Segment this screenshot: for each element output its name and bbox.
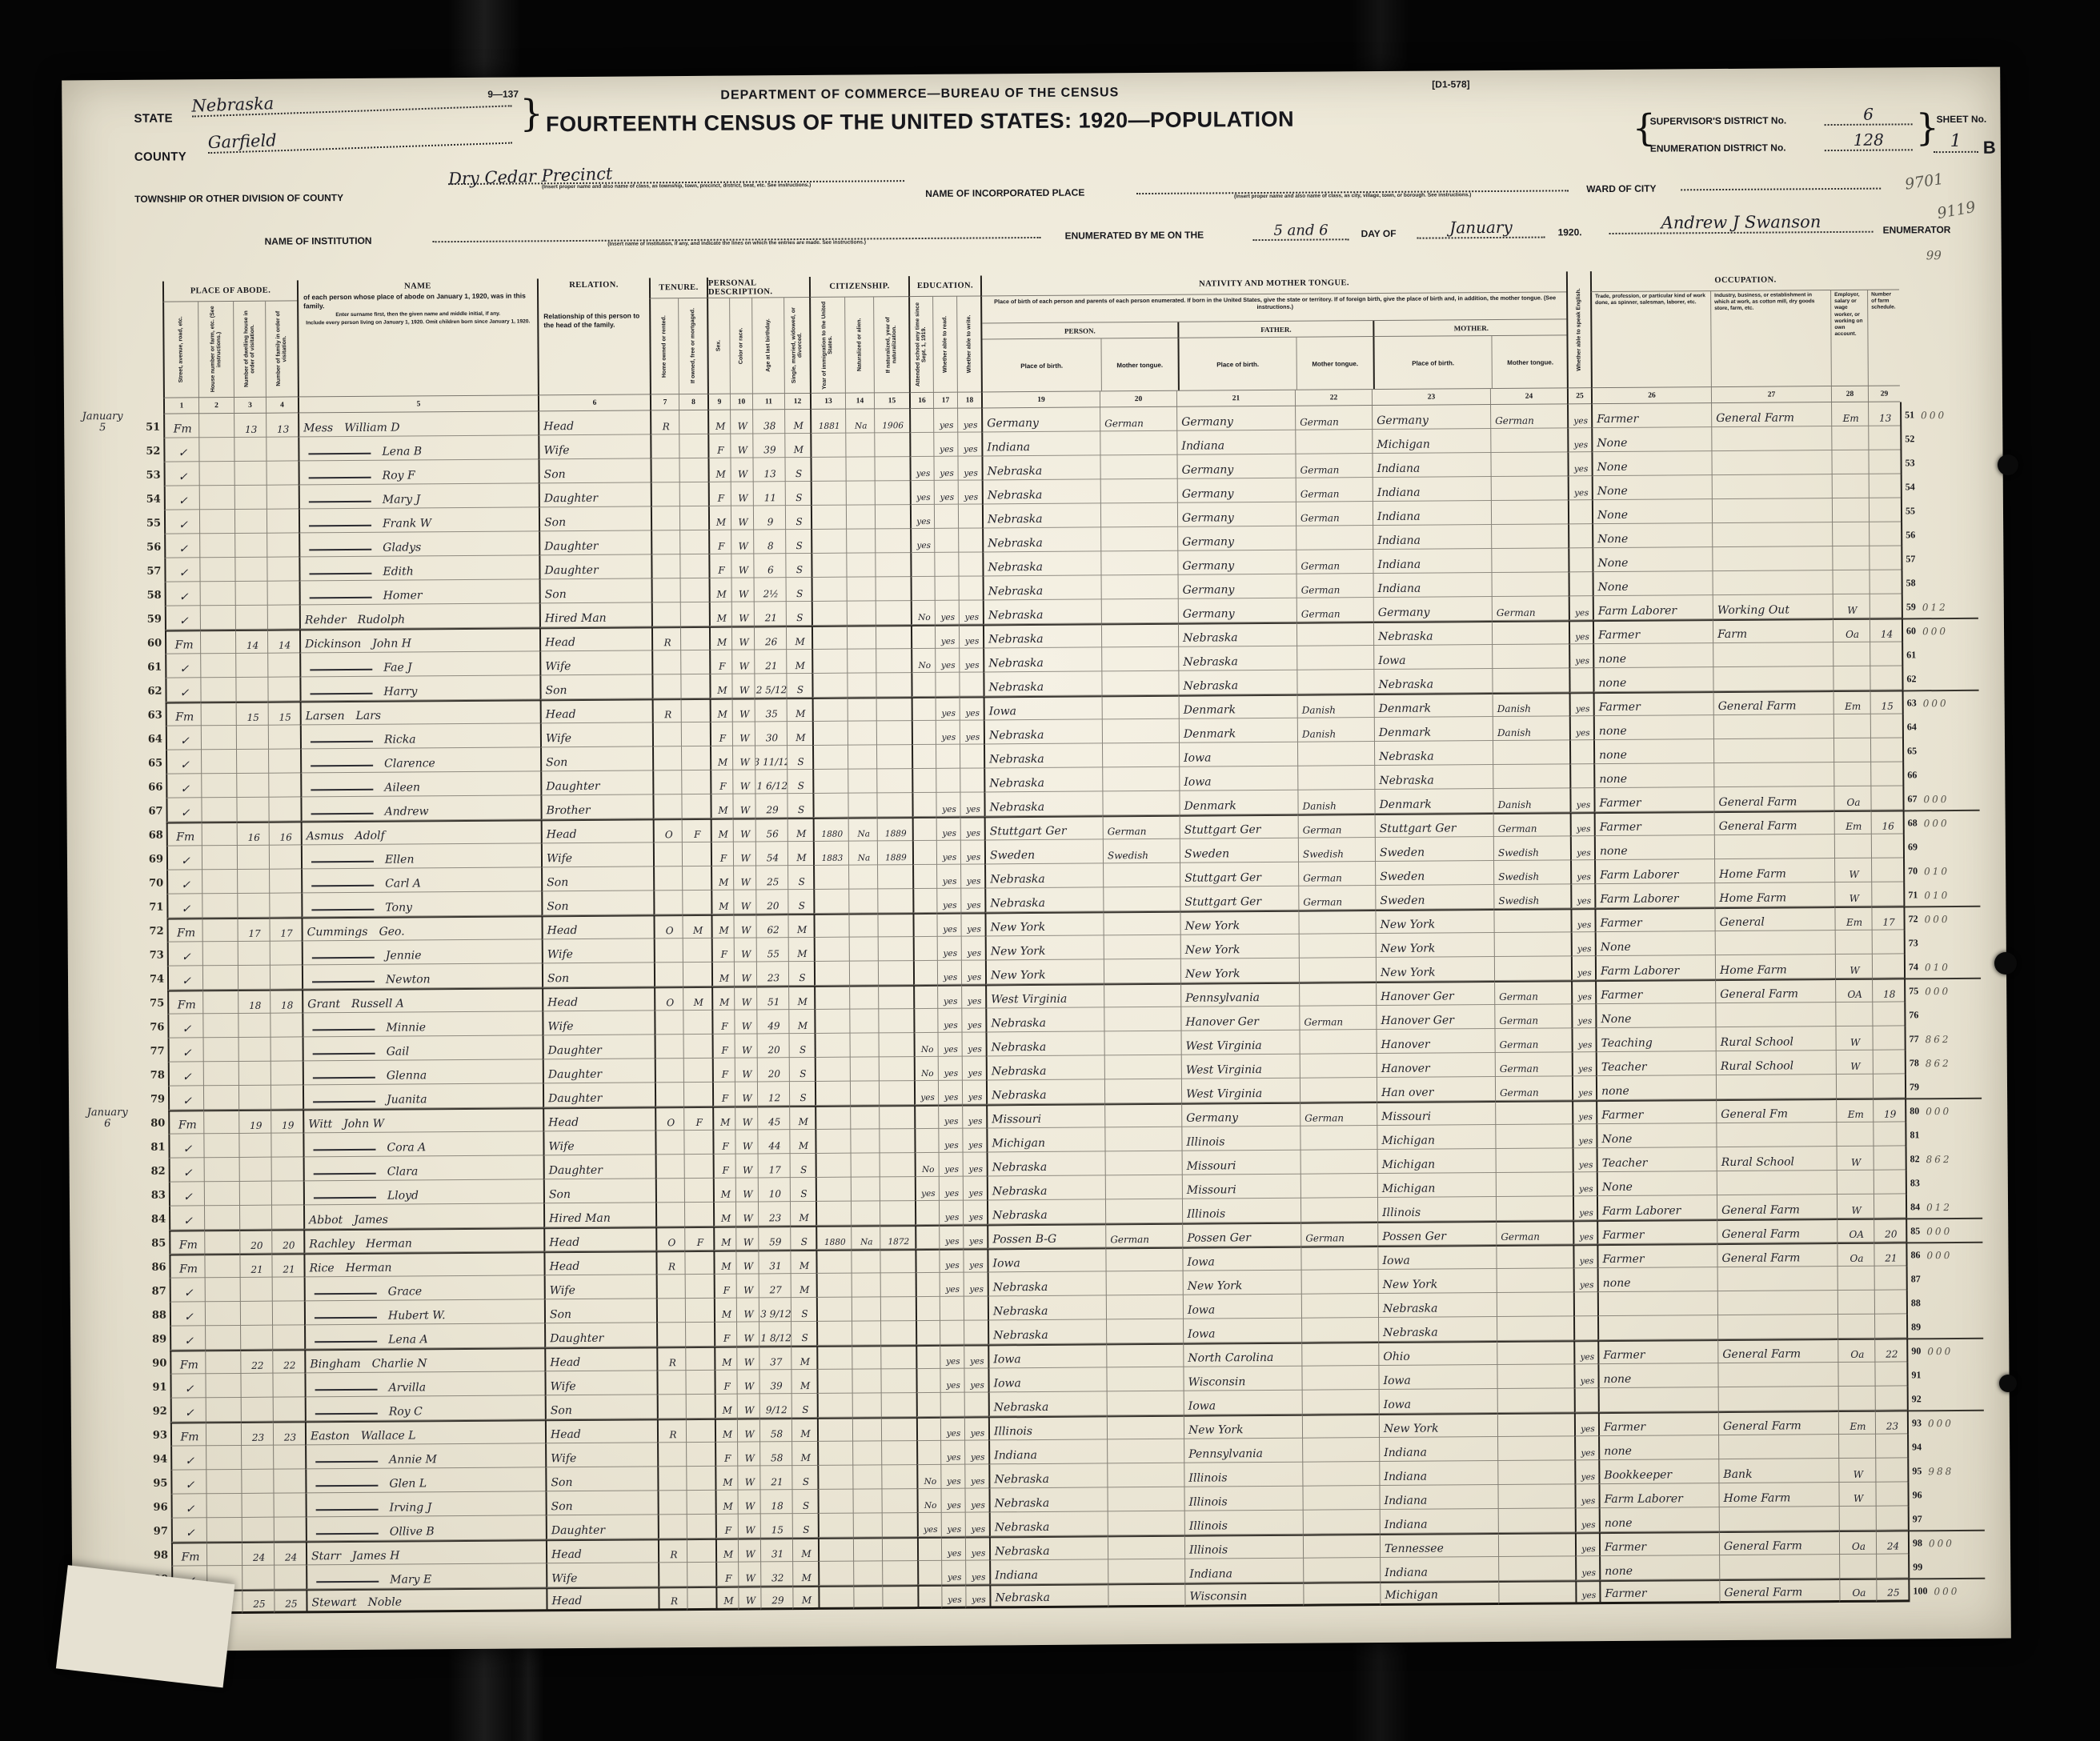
cell-marital: M: [792, 1586, 818, 1610]
cell-age: 12: [757, 1082, 789, 1106]
cell-farm-schedule: [1871, 858, 1903, 882]
cell-person-mother-tongue: [1107, 1415, 1184, 1440]
cell-speaks-english: yes: [1572, 1076, 1596, 1100]
cell-name: Edith: [299, 555, 539, 581]
cell-mother-mother-tongue: German: [1494, 1004, 1571, 1029]
cell-home-owned: [650, 458, 679, 482]
cell-marital: M: [788, 986, 814, 1010]
cell-color: W: [737, 1394, 759, 1418]
cell-able-to-read: yes: [937, 1009, 961, 1033]
cell-mother-mother-tongue: German: [1493, 812, 1570, 837]
given-name: Lena B: [382, 446, 422, 457]
cell-dwelling-number: [240, 1302, 272, 1326]
cell-father-birthplace: Stuttgart Ger: [1180, 887, 1298, 911]
cell-color: W: [733, 914, 755, 938]
cell-color: W: [733, 842, 755, 866]
cell-mother-birthplace: Indiana: [1372, 453, 1490, 478]
cell-home-owned: [652, 770, 681, 794]
paper-fold-corner: [56, 1565, 235, 1687]
cell-color: W: [731, 530, 753, 554]
cell-marital: M: [784, 410, 810, 434]
cell-color: W: [736, 1274, 759, 1298]
cell-dwelling-number: [238, 1038, 271, 1062]
cell-age: 9/12: [759, 1394, 792, 1418]
left-margin: 87: [80, 1279, 170, 1303]
cell-marital: S: [787, 770, 812, 794]
cell-employer-class: [1832, 522, 1869, 546]
census-sheet-page: STATE Nebraska } 9—137 COUNTY Garfield D…: [62, 67, 2011, 1652]
cell-relation: Head: [545, 1419, 657, 1443]
cell-age: 9: [753, 506, 785, 530]
cell-farm-schedule: [1873, 1122, 1905, 1146]
cell-home-owned: R: [655, 1251, 684, 1275]
cell-family-number: [272, 1277, 304, 1301]
cell-sex: F: [707, 434, 730, 458]
cell-industry: [1714, 834, 1834, 859]
cell-age: 54: [755, 842, 787, 866]
cell-naturalized: [850, 1129, 879, 1153]
cell-occupation: None: [1592, 475, 1712, 500]
cell-father-mother-tongue: [1300, 1126, 1377, 1151]
pencil-tally: 012: [1922, 602, 1948, 613]
pencil-tally: 000: [1934, 1586, 1959, 1597]
cell-house-number: [202, 822, 237, 846]
cell-person-birthplace: Nebraska: [988, 1295, 1106, 1320]
cell-free-mortgaged: [679, 458, 707, 482]
cell-able-to-write: yes: [962, 1128, 986, 1152]
cell-person-birthplace: Nebraska: [983, 671, 1101, 696]
right-margin: 96: [1907, 1482, 1984, 1507]
cell-naturalized: [847, 625, 876, 649]
cell-family-number: [271, 1157, 303, 1181]
line-number-left: 93: [153, 1430, 167, 1442]
cell-person-birthplace: Nebraska: [989, 1583, 1108, 1608]
cell-farm-schedule: [1874, 1290, 1906, 1314]
cell-street: Fm: [170, 1350, 205, 1374]
given-name: Glenna: [387, 1070, 427, 1081]
column-number-10: 10: [730, 394, 752, 410]
cell-employer-class: Em: [1838, 1411, 1875, 1435]
cell-home-owned: R: [658, 1587, 687, 1611]
cell-speaks-english: yes: [1569, 644, 1593, 668]
cell-name: Jennie: [302, 939, 542, 965]
cell-house-number: [206, 1494, 242, 1518]
cell-relation: Head: [541, 818, 653, 843]
cell-mother-birthplace: Hanover Ger: [1376, 981, 1494, 1006]
cell-mother-birthplace: New York: [1378, 1269, 1497, 1294]
cell-able-to-write: yes: [958, 480, 982, 504]
cell-industry: General Farm: [1717, 1339, 1837, 1363]
cell-color: W: [730, 434, 752, 458]
cell-immigration-year: [818, 1586, 853, 1610]
cell-name: Fae J: [299, 651, 539, 677]
cell-naturalization-year: [876, 673, 911, 697]
right-margin: 56: [1901, 522, 1978, 546]
cell-age: 20: [755, 890, 787, 914]
cell-naturalization-year: [879, 1129, 914, 1153]
cell-immigration-year: [810, 434, 845, 458]
cell-able-to-write: yes: [957, 408, 981, 432]
visit-date: January5: [74, 411, 131, 434]
line-number-left: 87: [152, 1286, 166, 1298]
cell-able-to-write: yes: [959, 648, 983, 672]
ditto-mark: [313, 1101, 375, 1103]
cell-home-owned: [657, 1491, 686, 1515]
cell-able-to-read: yes: [938, 1081, 962, 1105]
cell-mother-birthplace: Stuttgart Ger: [1375, 813, 1493, 838]
cell-free-mortgaged: [680, 674, 709, 698]
cell-house-number: [199, 510, 234, 534]
cell-farm-schedule: [1869, 498, 1901, 522]
cell-color: W: [738, 1538, 760, 1562]
cell-sex: M: [707, 410, 730, 434]
cell-sex: M: [711, 915, 733, 939]
cell-naturalization-year: [878, 937, 913, 961]
cell-father-birthplace: Germany: [1176, 454, 1295, 479]
cell-able-to-read: yes: [936, 793, 960, 817]
cell-attended-school: [917, 1561, 941, 1585]
cell-naturalization-year: [879, 1081, 914, 1105]
cell-person-birthplace: Nebraska: [985, 1007, 1104, 1032]
cell-sex: M: [715, 1539, 738, 1563]
cell-free-mortgaged: [686, 1395, 715, 1419]
cell-mother-mother-tongue: [1491, 500, 1568, 525]
cell-naturalized: [852, 1273, 880, 1297]
cell-speaks-english: yes: [1569, 788, 1593, 812]
cell-naturalization-year: [876, 625, 911, 649]
surname: Witt: [308, 1119, 332, 1130]
cell-age: 29: [760, 1586, 792, 1610]
left-margin: 96: [82, 1495, 171, 1519]
cell-street: ✓: [167, 942, 202, 966]
left-margin: 73: [78, 943, 167, 967]
cell-occupation: Teacher: [1596, 1051, 1716, 1076]
cell-naturalized: [852, 1489, 881, 1513]
cell-mother-birthplace: Indiana: [1380, 1509, 1498, 1534]
cell-color: W: [732, 746, 755, 770]
column-number-16: 16: [909, 393, 933, 409]
cell-immigration-year: [812, 746, 848, 770]
cell-house-number: [206, 1398, 241, 1422]
cell-dwelling-number: [237, 870, 269, 894]
group-citizenship: CITIZENSHIP.: [809, 276, 908, 298]
cell-age: 3 9/12: [759, 1298, 791, 1322]
cell-mother-birthplace: Iowa: [1378, 1365, 1497, 1390]
column-number-23: 23: [1372, 389, 1490, 406]
line-number-right: 99: [1913, 1561, 1922, 1573]
cell-able-to-write: yes: [960, 840, 984, 864]
cell-home-owned: [655, 1179, 684, 1203]
cell-naturalization-year: [882, 1585, 917, 1609]
cell-able-to-write: [959, 576, 983, 600]
cell-occupation: None: [1592, 523, 1712, 548]
cell-family-number: [266, 437, 298, 461]
cell-able-to-read: yes: [935, 601, 959, 625]
cell-home-owned: O: [655, 1107, 683, 1131]
cell-name: Frank W: [299, 507, 539, 533]
cell-immigration-year: [818, 1538, 853, 1562]
margin-right-header: [1899, 269, 1977, 402]
cell-able-to-read: [936, 745, 960, 769]
cell-mother-mother-tongue: [1493, 764, 1569, 789]
cell-able-to-write: yes: [965, 1512, 989, 1536]
cell-speaks-english: [1573, 1292, 1597, 1316]
cell-house-number: [200, 654, 235, 678]
cell-naturalized: Na: [848, 841, 877, 865]
given-name: Herman: [346, 1263, 392, 1274]
given-name: Frank W: [383, 518, 431, 529]
cell-age: 58: [759, 1418, 792, 1442]
state-label: STATE: [134, 112, 173, 126]
cell-industry: [1717, 1267, 1837, 1291]
cell-house-number: [202, 1014, 238, 1038]
left-margin: 59: [75, 606, 165, 631]
line-number-left: 95: [153, 1478, 167, 1490]
cell-able-to-read: yes: [939, 1225, 963, 1249]
cell-naturalization-year: 1889: [877, 817, 912, 841]
cell-dwelling-number: [238, 1062, 271, 1086]
left-margin: 75: [78, 991, 167, 1015]
cell-naturalized: [853, 1561, 882, 1585]
given-name: Roy F: [383, 470, 415, 481]
pencil-tally: 862: [1926, 1058, 1951, 1069]
surname: Easton: [311, 1431, 350, 1442]
cell-employer-class: [1831, 450, 1868, 474]
cell-able-to-write: [960, 744, 984, 768]
right-margin: 72000: [1903, 906, 1980, 931]
cell-father-birthplace: Indiana: [1176, 430, 1295, 455]
group-place-of-abode: PLACE OF ABODE.: [162, 280, 297, 302]
cell-family-number: [272, 1325, 304, 1349]
column-number-19: 19: [981, 391, 1100, 408]
line-number-right: 62: [1906, 673, 1916, 685]
relation-title: RELATION.: [569, 278, 619, 290]
cell-street: Fm: [166, 822, 202, 846]
cell-age: 32: [760, 1562, 792, 1586]
c17-label: Whether able to read.: [942, 314, 948, 374]
cell-marital: S: [789, 1034, 815, 1058]
cell-home-owned: O: [653, 915, 682, 939]
cell-naturalized: [852, 1369, 880, 1393]
cell-house-number: [200, 582, 235, 606]
cell-relation: Head: [546, 1539, 658, 1563]
cell-mother-birthplace: Indiana: [1373, 525, 1491, 550]
left-margin: 74: [78, 967, 167, 991]
cell-age: 55: [756, 938, 788, 962]
right-margin: 100000: [1908, 1578, 1985, 1603]
cell-employer-class: Em: [1836, 1099, 1873, 1123]
ditto-mark: [311, 765, 373, 767]
cell-home-owned: [655, 1203, 684, 1227]
cell-dwelling-number: [237, 894, 269, 918]
surname: Abbot: [309, 1215, 343, 1226]
ditto-mark: [311, 861, 374, 863]
cell-home-owned: [655, 1155, 684, 1179]
cell-naturalized: [852, 1345, 880, 1369]
cell-family-number: [271, 1037, 303, 1061]
plate-number: [D1-578]: [1432, 78, 1469, 90]
cell-family-number: [270, 965, 302, 989]
left-margin: 69: [77, 846, 166, 871]
cell-color: W: [735, 1154, 758, 1178]
ditto-mark: [311, 789, 373, 791]
given-name: Ricka: [384, 734, 416, 745]
cell-dwelling-number: [237, 846, 269, 870]
cell-mother-birthplace: Michigan: [1377, 1173, 1496, 1198]
cell-marital: M: [790, 1202, 816, 1226]
cell-industry: Home Farm: [1714, 858, 1834, 883]
cell-mother-birthplace: Sweden: [1375, 837, 1493, 862]
cell-marital: S: [785, 482, 811, 506]
cell-dwelling-number: [234, 534, 267, 558]
column-number-5: 5: [298, 395, 538, 413]
cell-naturalized: [848, 697, 876, 721]
cell-employer-class: [1837, 1291, 1874, 1315]
cell-farm-schedule: [1874, 1266, 1906, 1290]
cell-relation: Daughter: [543, 1035, 655, 1059]
cell-naturalization-year: [876, 601, 911, 625]
cell-attended-school: [912, 769, 936, 793]
line-number-left: 69: [149, 854, 163, 866]
cell-able-to-read: yes: [938, 1033, 962, 1057]
cell-able-to-write: yes: [961, 1008, 985, 1032]
cell-able-to-read: yes: [939, 1249, 963, 1273]
left-margin: 76: [78, 1015, 167, 1039]
cell-family-number: 18: [270, 989, 302, 1013]
cell-house-number: [202, 966, 238, 990]
cell-immigration-year: 1880: [816, 1226, 851, 1250]
cell-marital: S: [790, 1226, 816, 1250]
surname: Cummings: [307, 927, 368, 939]
cell-street: Fm: [169, 1230, 204, 1254]
cell-home-owned: [653, 866, 682, 891]
cell-house-number: [201, 726, 236, 750]
cell-naturalization-year: [882, 1561, 917, 1585]
cell-occupation: Farmer: [1594, 907, 1714, 932]
cell-sex: M: [715, 1467, 737, 1491]
cell-attended-school: No: [911, 649, 935, 673]
cell-mother-mother-tongue: [1494, 956, 1571, 981]
given-name: Carl A: [385, 878, 421, 889]
cell-house-number: [201, 750, 236, 774]
cell-sex: F: [712, 1035, 735, 1059]
cell-mother-birthplace: Nebraska: [1378, 1317, 1497, 1342]
given-name: Clara: [387, 1166, 419, 1177]
cell-free-mortgaged: [683, 1059, 712, 1083]
cell-house-number: [202, 990, 238, 1014]
column-number-2: 2: [198, 398, 234, 414]
cell-employer-class: [1837, 1171, 1874, 1195]
column-number-14: 14: [845, 393, 874, 409]
cell-free-mortgaged: [686, 1419, 715, 1443]
column-number-18: 18: [957, 392, 981, 408]
cell-free-mortgaged: [687, 1515, 715, 1539]
line-number-right: 91: [1911, 1369, 1921, 1381]
cell-family-number: [270, 941, 302, 965]
c7-label: Home owned or rented.: [661, 314, 667, 379]
cell-able-to-read: yes: [941, 1585, 965, 1609]
cell-able-to-read: yes: [939, 1153, 963, 1177]
cell-dwelling-number: [234, 486, 267, 510]
cell-farm-schedule: 15: [1870, 690, 1902, 714]
cell-name: Andrew: [300, 795, 540, 821]
cell-attended-school: No: [911, 601, 935, 625]
cell-home-owned: [658, 1563, 687, 1587]
cell-father-mother-tongue: [1299, 958, 1376, 983]
cell-attended-school: [913, 985, 937, 1009]
cell-employer-class: [1836, 1123, 1873, 1147]
mother-pob-label: Place of birth.: [1373, 336, 1491, 390]
cell-able-to-write: [958, 552, 982, 576]
cell-naturalized: [845, 457, 874, 481]
cell-attended-school: [912, 721, 936, 745]
line-number-right: 80: [1910, 1105, 1919, 1117]
cell-street: ✓: [166, 870, 202, 894]
cell-father-birthplace: Stuttgart Ger: [1180, 862, 1298, 887]
given-name: John H: [372, 638, 411, 649]
cell-mother-birthplace: Indiana: [1373, 549, 1491, 574]
cell-house-number: [202, 846, 237, 870]
cell-naturalized: [850, 1081, 879, 1105]
cell-industry: [1711, 450, 1831, 475]
cell-age: 26: [754, 626, 786, 650]
cell-immigration-year: [813, 914, 848, 938]
cell-person-birthplace: West Virginia: [985, 983, 1104, 1008]
cell-person-mother-tongue: [1106, 1295, 1183, 1320]
cell-marital: M: [788, 1010, 814, 1034]
cell-father-mother-tongue: German: [1299, 1006, 1376, 1031]
cell-occupation: [1597, 1315, 1717, 1340]
cell-home-owned: [655, 1059, 683, 1083]
cell-father-mother-tongue: [1296, 622, 1373, 646]
cell-immigration-year: 1883: [813, 842, 848, 866]
cell-street: ✓: [166, 726, 201, 750]
cell-name: Ollive B: [306, 1515, 546, 1541]
cell-speaks-english: [1569, 740, 1593, 764]
cell-person-birthplace: Sweden: [984, 839, 1103, 864]
cell-father-birthplace: Germany: [1177, 550, 1296, 575]
cell-speaks-english: yes: [1569, 716, 1593, 740]
cell-mother-birthplace: Indiana: [1379, 1437, 1497, 1462]
cell-person-mother-tongue: [1107, 1463, 1184, 1488]
cell-able-to-read: yes: [941, 1561, 965, 1585]
enumeration-district-label: ENUMERATION DISTRICT No.: [1650, 142, 1786, 154]
column-header-c3: Number of dwelling house in order of vis…: [233, 302, 266, 398]
left-margin: 98: [82, 1543, 171, 1567]
cell-industry: Working Out: [1713, 594, 1833, 619]
cell-name: Lloyd: [303, 1179, 543, 1205]
line-number-right: 55: [1906, 505, 1915, 517]
cell-immigration-year: [811, 554, 846, 578]
cell-able-to-read: yes: [933, 457, 957, 481]
cell-attended-school: yes: [917, 1513, 941, 1537]
cell-farm-schedule: [1868, 450, 1900, 474]
cell-speaks-english: yes: [1574, 1460, 1598, 1484]
cell-father-mother-tongue: [1303, 1510, 1380, 1535]
line-number-left: 84: [151, 1214, 166, 1226]
cell-relation: Head: [539, 626, 651, 651]
cell-dwelling-number: 19: [238, 1110, 271, 1134]
cell-street: Fm: [163, 414, 198, 438]
cell-relation: Son: [540, 746, 652, 771]
township-label: TOWNSHIP OR OTHER DIVISION OF COUNTY: [134, 192, 343, 205]
cell-dwelling-number: [236, 774, 268, 798]
cell-mother-birthplace: New York: [1376, 933, 1494, 958]
cell-able-to-read: yes: [936, 721, 960, 745]
cell-father-birthplace: Denmark: [1179, 790, 1297, 815]
cell-color: W: [730, 458, 752, 482]
cell-father-mother-tongue: [1300, 1198, 1377, 1223]
